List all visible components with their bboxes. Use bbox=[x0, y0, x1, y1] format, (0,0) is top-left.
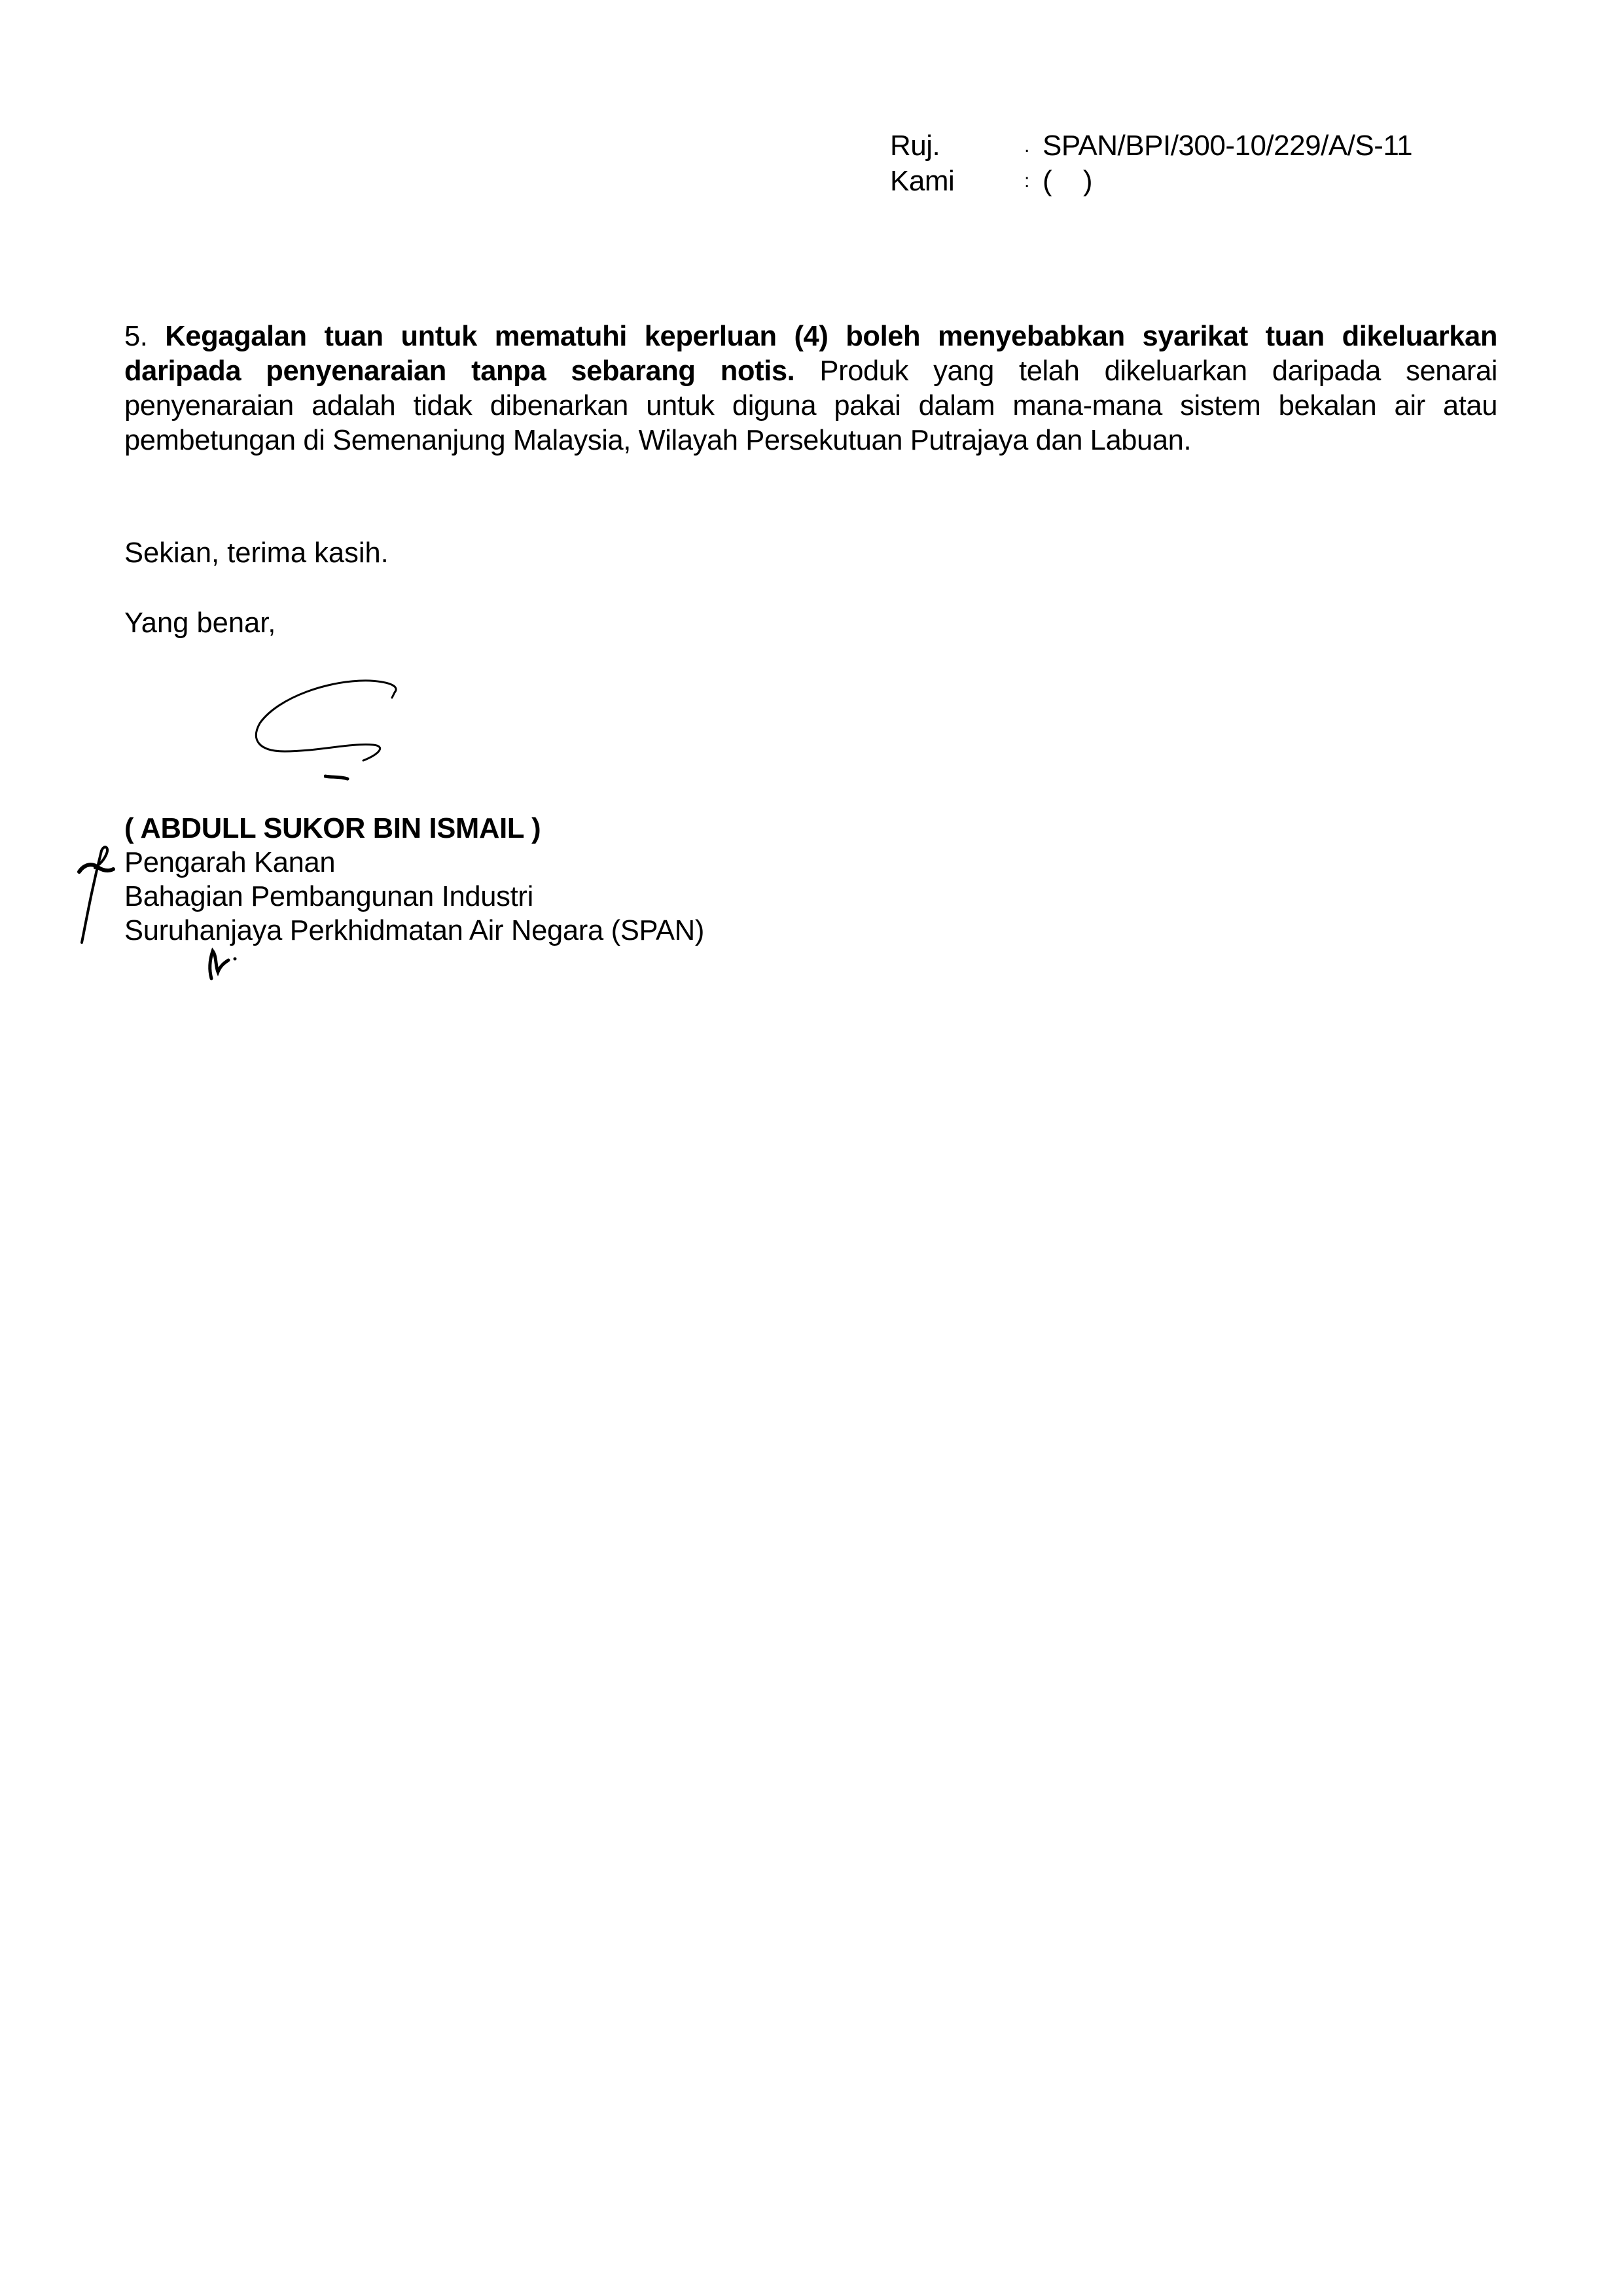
reference-separator: . bbox=[1024, 128, 1043, 164]
reference-label: Ruj. bbox=[890, 128, 1024, 164]
signature-icon bbox=[252, 674, 409, 785]
signatory-name: ( ABDULL SUKOR BIN ISMAIL ) bbox=[124, 812, 704, 846]
signatory-title: Pengarah Kanan bbox=[124, 846, 704, 880]
closing-salutation: Yang benar, bbox=[124, 605, 276, 641]
reference-row-kami: Kami : ( ) bbox=[890, 164, 1412, 199]
signatory-division: Bahagian Pembangunan Industri bbox=[124, 880, 704, 914]
reference-number: SPAN/BPI/300-10/229/A/S-11 bbox=[1043, 128, 1412, 164]
paragraph-number: 5. bbox=[124, 321, 147, 352]
reference-label: Kami bbox=[890, 164, 1024, 199]
reference-block: Ruj. . SPAN/BPI/300-10/229/A/S-11 Kami :… bbox=[890, 128, 1412, 199]
signatory-organization: Suruhanjaya Perkhidmatan Air Negara (SPA… bbox=[124, 914, 704, 948]
signature-dash-icon bbox=[324, 772, 350, 785]
reference-row-ruj: Ruj. . SPAN/BPI/300-10/229/A/S-11 bbox=[890, 128, 1412, 164]
document-page: Ruj. . SPAN/BPI/300-10/229/A/S-11 Kami :… bbox=[0, 0, 1623, 2296]
initial-mark-icon bbox=[75, 844, 121, 952]
closing-thanks: Sekian, terima kasih. bbox=[124, 535, 389, 571]
initial-mark-small-icon bbox=[206, 946, 239, 982]
reference-separator: : bbox=[1024, 164, 1043, 199]
paragraph-5: 5. Kegagalan tuan untuk mematuhi keperlu… bbox=[124, 319, 1497, 458]
reference-our-number: ( ) bbox=[1043, 164, 1092, 199]
signatory-block: ( ABDULL SUKOR BIN ISMAIL ) Pengarah Kan… bbox=[124, 812, 704, 948]
